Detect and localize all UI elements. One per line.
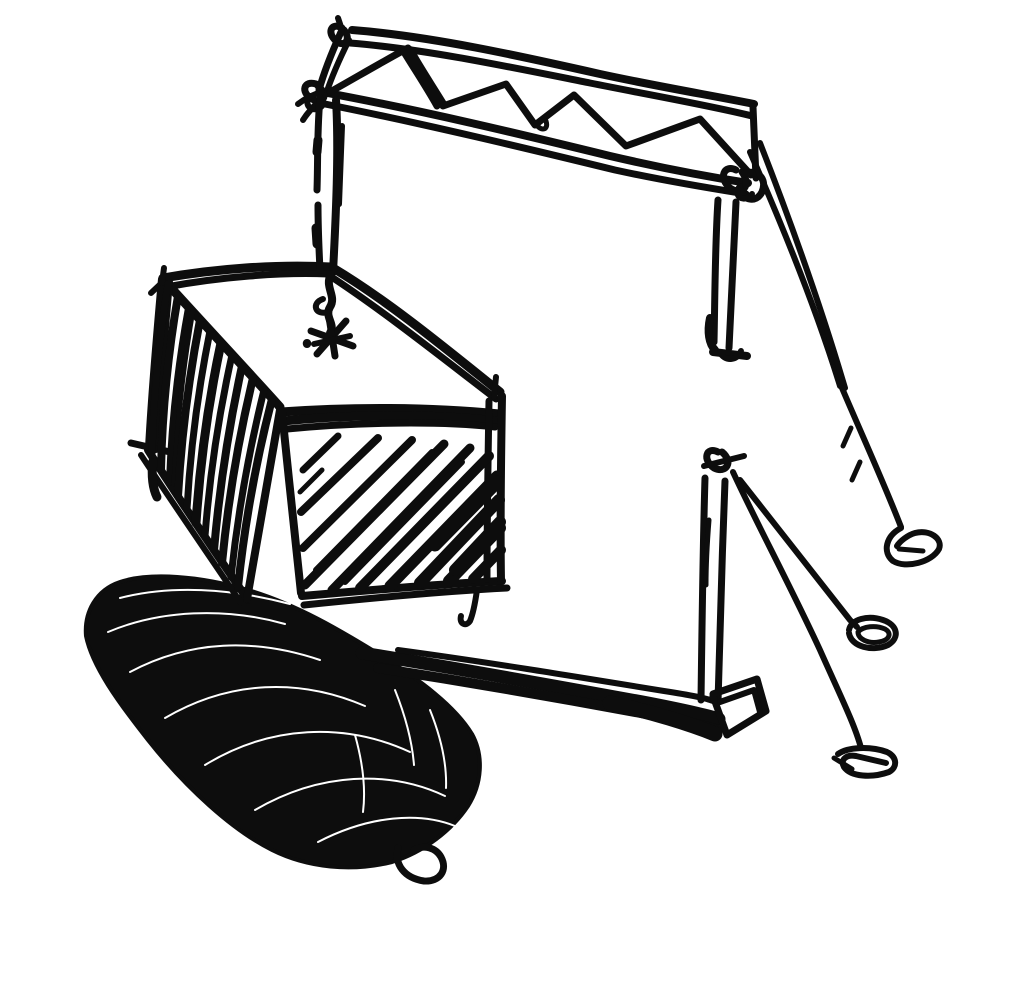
sketch-stage bbox=[0, 0, 1024, 982]
anchor-hook-lower bbox=[838, 748, 895, 776]
box-top-right-edge-double bbox=[330, 276, 496, 399]
anchor-oval-inner bbox=[858, 627, 889, 643]
container-box bbox=[131, 266, 507, 605]
mast-blob-dash bbox=[317, 140, 318, 152]
box-corner-tick bbox=[152, 461, 157, 497]
mast-blob-dash bbox=[316, 228, 317, 244]
mast-right-line bbox=[333, 100, 337, 272]
box-top-near-edge-triple bbox=[287, 423, 495, 429]
hook-dot bbox=[305, 341, 310, 346]
box-corner-tick bbox=[162, 268, 164, 283]
front-face-hatch bbox=[303, 436, 338, 470]
cable-barb-tick bbox=[843, 428, 851, 446]
upper-leg-left-line bbox=[714, 200, 718, 342]
anchor-loop-upper bbox=[887, 528, 940, 564]
crane-sketch bbox=[0, 0, 1024, 982]
upper-leg-right-line bbox=[729, 202, 736, 348]
shadow bbox=[86, 576, 719, 881]
truss-bottom-chord-double bbox=[325, 104, 746, 194]
cable-truss-anchor-end bbox=[842, 388, 901, 527]
lower-leg-double-dash bbox=[706, 520, 709, 585]
box-top-right-edge bbox=[333, 268, 500, 392]
lower-leg-right-line bbox=[718, 481, 725, 702]
under-box-dangle-dash bbox=[461, 590, 477, 624]
hoist-mast bbox=[305, 98, 353, 356]
front-face-hatch bbox=[301, 438, 378, 512]
truss-beam bbox=[298, 18, 764, 199]
cable-truss-anchor-b bbox=[760, 143, 845, 388]
lower-leg-left-line bbox=[701, 478, 705, 700]
cable-truss-anchor-a bbox=[750, 152, 840, 386]
box-front-left-edge bbox=[282, 412, 301, 593]
truss-bottom-chord bbox=[322, 92, 748, 183]
anchor-loop-upper-tick bbox=[899, 549, 923, 551]
truss-diagonal-double bbox=[410, 50, 443, 104]
cable-barb-tick bbox=[852, 462, 860, 480]
mast-double-dash bbox=[339, 126, 342, 204]
crane-legs bbox=[701, 200, 766, 735]
truss-top-left-knot-stub bbox=[338, 18, 342, 30]
guy-cables bbox=[733, 143, 940, 776]
box-corner-tick bbox=[494, 377, 496, 397]
leg-foot-pad-inner bbox=[720, 690, 760, 712]
